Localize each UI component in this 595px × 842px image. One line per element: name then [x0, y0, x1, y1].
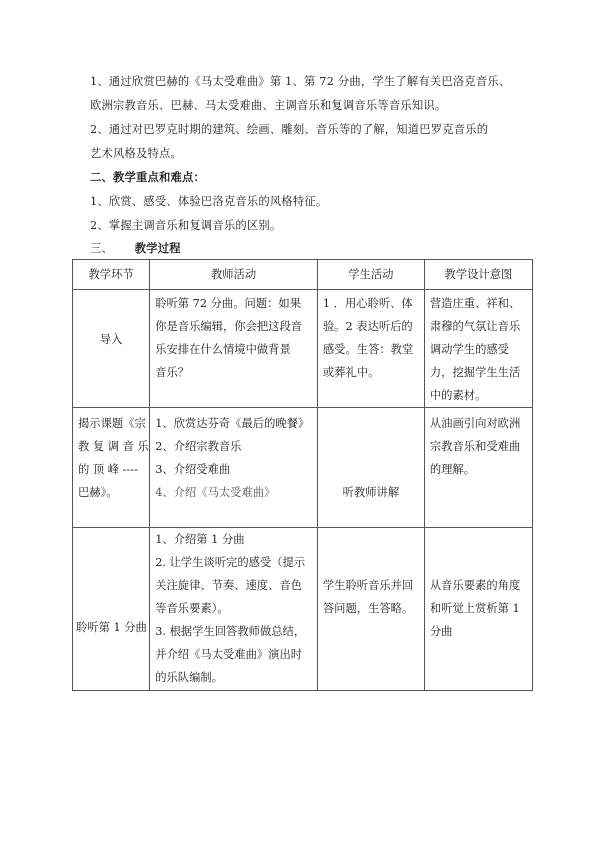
cell-text: 你是音乐编辑，你会把这段音	[155, 315, 312, 338]
cell-text: 并介绍《马太受难曲》演出时	[155, 643, 312, 666]
table-row: 聆听第 1 分曲 1、介绍第 1 分曲 2. 让学生谈听完的感受（提示 关注旋律…	[73, 528, 533, 691]
cell-text: 学生聆听音乐并回	[323, 574, 419, 597]
cell-text: 巴赫》。	[78, 481, 144, 504]
teaching-process-table: 教学环节 教师活动 学生活动 教学设计意图 导入 聆听第 72 分曲。问题：如果…	[72, 259, 533, 691]
header-student-activity: 学生活动	[317, 260, 424, 290]
cell-text: 的理解。	[430, 458, 527, 481]
section-3-heading: 三、 教学过程	[90, 241, 181, 256]
cell-text: 的 顶 峰 ----	[78, 458, 144, 481]
cell-text: 从油画引向对欧洲	[430, 412, 527, 435]
section-2-heading: 二、教学重点和难点：	[90, 170, 205, 185]
cell-text: 或葬礼中。	[323, 361, 419, 384]
cell-text: 3. 根据学生回答教师做总结，	[155, 620, 312, 643]
objective-2-line-2: 艺术风格及特点。	[90, 146, 182, 161]
cell-student: 听教师讲解	[317, 408, 424, 528]
cell-intent: 从音乐要素的角度 和听觉上赏析第 1 分曲	[424, 528, 532, 691]
cell-teacher: 1、欣赏达芬奇《最后的晚餐》 2、介绍宗教音乐 3、介绍受难曲 4、介绍《马太受…	[150, 408, 318, 528]
objective-1-line-1: 1、通过欣赏巴赫的《马太受难曲》第 1、第 72 分曲，学生了解有关巴洛克音乐、	[90, 74, 510, 89]
cell-teacher: 1、介绍第 1 分曲 2. 让学生谈听完的感受（提示 关注旋律、节奏、速度、音色…	[150, 528, 318, 691]
cell-text: 营造庄重、祥和、	[430, 292, 527, 315]
cell-text: 乐安排在什么情境中做背景	[155, 338, 312, 361]
cell-student: 学生聆听音乐并回 答问题，生答略。	[317, 528, 424, 691]
cell-text: 导入	[78, 328, 144, 351]
header-stage: 教学环节	[73, 260, 150, 290]
key-point-2: 2、掌握主调音乐和复调音乐的区别。	[90, 218, 281, 233]
cell-text: 1 ．用心聆听、体	[323, 292, 419, 315]
cell-text: 和听觉上赏析第 1	[430, 597, 527, 620]
table-row: 导入 聆听第 72 分曲。问题：如果 你是音乐编辑，你会把这段音 乐安排在什么情…	[73, 290, 533, 408]
cell-text: 中的素材。	[430, 384, 527, 407]
header-teacher-activity: 教师活动	[150, 260, 318, 290]
cell-text: 肃穆的气氛让音乐	[430, 315, 527, 338]
cell-text: 音乐？	[155, 361, 312, 384]
cell-text: 4、介绍《马太受难曲》	[155, 481, 312, 504]
cell-text: 揭示课题《宗	[78, 412, 144, 435]
cell-text: 1、欣赏达芬奇《最后的晚餐》	[155, 412, 312, 435]
cell-stage: 揭示课题《宗 教 复 调 音 乐 的 顶 峰 ---- 巴赫》。	[73, 408, 150, 528]
cell-text: 等音乐要素）。	[155, 597, 312, 620]
cell-text: 听教师讲解	[323, 481, 419, 504]
objective-1-line-2: 欧洲宗教音乐、巴赫、马太受难曲、主调音乐和复调音乐等音乐知识。	[90, 98, 446, 113]
cell-text: 验。2 表达听后的	[323, 315, 419, 338]
cell-text: 调动学生的感受	[430, 338, 527, 361]
cell-text: 答问题，生答略。	[323, 597, 419, 620]
cell-text: 1、介绍第 1 分曲	[155, 528, 312, 551]
table-header-row: 教学环节 教师活动 学生活动 教学设计意图	[73, 260, 533, 290]
cell-intent: 从油画引向对欧洲 宗教音乐和受难曲 的理解。	[424, 408, 532, 528]
key-point-1: 1、欣赏、感受、体验巴洛克音乐的风格特征。	[90, 194, 327, 209]
header-design-intent: 教学设计意图	[424, 260, 532, 290]
cell-stage: 聆听第 1 分曲	[73, 528, 150, 691]
cell-student: 1 ．用心聆听、体 验。2 表达听后的 感受。生答：教堂 或葬礼中。	[317, 290, 424, 408]
cell-text: 分曲	[430, 620, 527, 643]
section-3-title: 教学过程	[135, 242, 181, 255]
cell-text: 2、介绍宗教音乐	[155, 435, 312, 458]
cell-text: 3、介绍受难曲	[155, 458, 312, 481]
document-page: 1、通过欣赏巴赫的《马太受难曲》第 1、第 72 分曲，学生了解有关巴洛克音乐、…	[0, 0, 595, 842]
section-3-number: 三、	[90, 242, 113, 255]
cell-text: 的乐队编制。	[155, 666, 312, 689]
table-row: 揭示课题《宗 教 复 调 音 乐 的 顶 峰 ---- 巴赫》。 1、欣赏达芬奇…	[73, 408, 533, 528]
cell-text: 感受。生答：教堂	[323, 338, 419, 361]
cell-text: 聆听第 72 分曲。问题：如果	[155, 292, 312, 315]
cell-text: 宗教音乐和受难曲	[430, 435, 527, 458]
cell-text: 聆听第 1 分曲	[76, 616, 144, 639]
cell-teacher: 聆听第 72 分曲。问题：如果 你是音乐编辑，你会把这段音 乐安排在什么情境中做…	[150, 290, 318, 408]
cell-text: 从音乐要素的角度	[430, 574, 527, 597]
cell-text: 教 复 调 音 乐	[78, 435, 144, 458]
cell-text: 2. 让学生谈听完的感受（提示	[155, 551, 312, 574]
cell-intent: 营造庄重、祥和、 肃穆的气氛让音乐 调动学生的感受 力，挖掘学生生活 中的素材。	[424, 290, 532, 408]
cell-text: 力，挖掘学生生活	[430, 361, 527, 384]
objective-2-line-1: 2、通过对巴罗克时期的建筑、绘画、雕刻、音乐等的了解，知道巴罗克音乐的	[90, 122, 488, 137]
cell-text: 关注旋律、节奏、速度、音色	[155, 574, 312, 597]
cell-stage: 导入	[73, 290, 150, 408]
